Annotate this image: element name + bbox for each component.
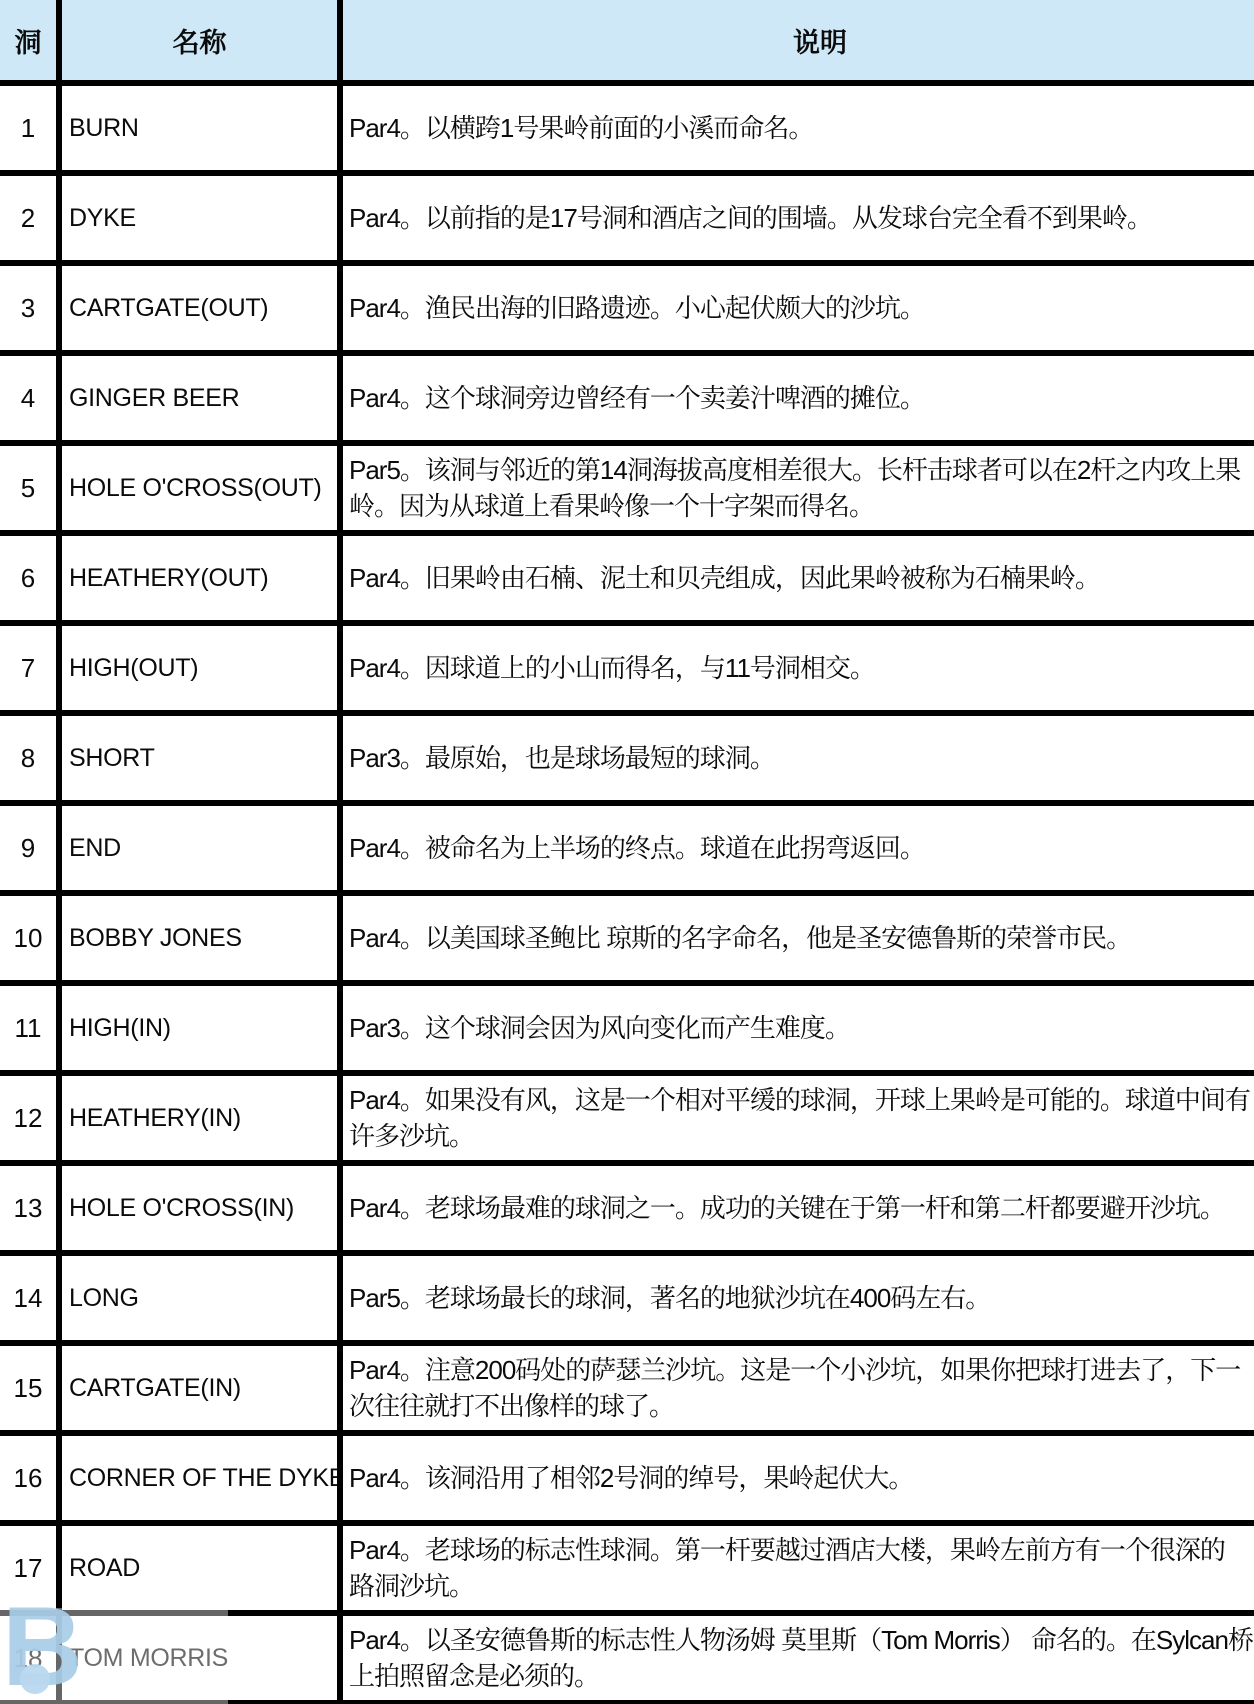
hole-description-cell: Par4。这个球洞旁边曾经有一个卖姜汁啤酒的摊位。: [343, 356, 1254, 446]
table-row: 6HEATHERY(OUT)Par4。旧果岭由石楠、泥土和贝壳组成，因此果岭被称…: [0, 536, 1254, 626]
hole-name-cell: TOM MORRIS: [62, 1616, 343, 1704]
hole-description-cell: Par3。最原始，也是球场最短的球洞。: [343, 716, 1254, 806]
column-header-description: 说明: [343, 0, 1254, 86]
table-row: 2DYKEPar4。以前指的是17号洞和酒店之间的围墙。从发球台完全看不到果岭。: [0, 176, 1254, 266]
hole-description-cell: Par3。这个球洞会因为风向变化而产生难度。: [343, 986, 1254, 1076]
column-header-hole: 洞: [0, 0, 62, 86]
hole-description-cell: Par4。因球道上的小山而得名，与11号洞相交。: [343, 626, 1254, 716]
hole-description-cell: Par4。以美国球圣鲍比 琼斯的名字命名，他是圣安德鲁斯的荣誉市民。: [343, 896, 1254, 986]
hole-name-cell: END: [62, 806, 343, 896]
hole-number-cell: 7: [0, 626, 62, 716]
hole-name-cell: HOLE O'CROSS(IN): [62, 1166, 343, 1256]
hole-number-cell: 5: [0, 446, 62, 536]
course-holes-table: 洞 名称 说明 1BURNPar4。以横跨1号果岭前面的小溪而命名。2DYKEP…: [0, 0, 1254, 1704]
hole-name-cell: BURN: [62, 86, 343, 176]
table-row: 4GINGER BEERPar4。这个球洞旁边曾经有一个卖姜汁啤酒的摊位。: [0, 356, 1254, 446]
table-row: 3CARTGATE(OUT)Par4。渔民出海的旧路遗迹。小心起伏颇大的沙坑。: [0, 266, 1254, 356]
hole-guide-page: 洞 名称 说明 1BURNPar4。以横跨1号果岭前面的小溪而命名。2DYKEP…: [0, 0, 1254, 1704]
hole-name-cell: DYKE: [62, 176, 343, 266]
table-row: 8SHORTPar3。最原始，也是球场最短的球洞。: [0, 716, 1254, 806]
hole-number-cell: 2: [0, 176, 62, 266]
hole-name-cell: HEATHERY(IN): [62, 1076, 343, 1166]
hole-name-cell: HIGH(IN): [62, 986, 343, 1076]
hole-name-cell: CORNER OF THE DYKE: [62, 1436, 343, 1526]
hole-name-cell: HEATHERY(OUT): [62, 536, 343, 626]
hole-description-cell: Par4。以圣安德鲁斯的标志性人物汤姆 莫里斯（Tom Morris） 命名的。…: [343, 1616, 1254, 1704]
column-header-name: 名称: [62, 0, 343, 86]
hole-description-cell: Par4。老球场的标志性球洞。第一杆要越过酒店大楼，果岭左前方有一个很深的 路洞…: [343, 1526, 1254, 1616]
hole-description-cell: Par4。老球场最难的球洞之一。成功的关键在于第一杆和第二杆都要避开沙坑。: [343, 1166, 1254, 1256]
hole-description-cell: Par4。被命名为上半场的终点。球道在此拐弯返回。: [343, 806, 1254, 896]
hole-description-cell: Par5。该洞与邻近的第14洞海拔高度相差很大。长杆击球者可以在2杆之内攻上果 …: [343, 446, 1254, 536]
table-row: 9ENDPar4。被命名为上半场的终点。球道在此拐弯返回。: [0, 806, 1254, 896]
hole-name-cell: CARTGATE(IN): [62, 1346, 343, 1436]
hole-description-cell: Par4。该洞沿用了相邻2号洞的绰号，果岭起伏大。: [343, 1436, 1254, 1526]
table-row: 5HOLE O'CROSS(OUT)Par5。该洞与邻近的第14洞海拔高度相差很…: [0, 446, 1254, 536]
hole-number-cell: 1: [0, 86, 62, 176]
table-row: 15CARTGATE(IN)Par4。注意200码处的萨瑟兰沙坑。这是一个小沙坑…: [0, 1346, 1254, 1436]
table-row: 11HIGH(IN)Par3。这个球洞会因为风向变化而产生难度。: [0, 986, 1254, 1076]
hole-number-cell: 6: [0, 536, 62, 626]
hole-number-cell: 17: [0, 1526, 62, 1616]
hole-number-cell: 18: [0, 1616, 62, 1704]
table-row: 18TOM MORRISPar4。以圣安德鲁斯的标志性人物汤姆 莫里斯（Tom …: [0, 1616, 1254, 1704]
table-row: 7HIGH(OUT)Par4。因球道上的小山而得名，与11号洞相交。: [0, 626, 1254, 716]
hole-number-cell: 10: [0, 896, 62, 986]
hole-number-cell: 14: [0, 1256, 62, 1346]
hole-number-cell: 3: [0, 266, 62, 356]
hole-name-cell: CARTGATE(OUT): [62, 266, 343, 356]
hole-description-cell: Par4。以横跨1号果岭前面的小溪而命名。: [343, 86, 1254, 176]
table-row: 16CORNER OF THE DYKEPar4。该洞沿用了相邻2号洞的绰号，果…: [0, 1436, 1254, 1526]
table-row: 12HEATHERY(IN)Par4。如果没有风，这是一个相对平缓的球洞，开球上…: [0, 1076, 1254, 1166]
hole-name-cell: SHORT: [62, 716, 343, 806]
table-row: 17ROADPar4。老球场的标志性球洞。第一杆要越过酒店大楼，果岭左前方有一个…: [0, 1526, 1254, 1616]
hole-number-cell: 16: [0, 1436, 62, 1526]
hole-number-cell: 9: [0, 806, 62, 896]
hole-number-cell: 12: [0, 1076, 62, 1166]
hole-number-cell: 11: [0, 986, 62, 1076]
hole-number-cell: 13: [0, 1166, 62, 1256]
hole-description-cell: Par4。注意200码处的萨瑟兰沙坑。这是一个小沙坑，如果你把球打进去了，下一 …: [343, 1346, 1254, 1436]
hole-name-cell: LONG: [62, 1256, 343, 1346]
hole-description-cell: Par4。如果没有风，这是一个相对平缓的球洞，开球上果岭是可能的。球道中间有 许…: [343, 1076, 1254, 1166]
hole-description-cell: Par4。以前指的是17号洞和酒店之间的围墙。从发球台完全看不到果岭。: [343, 176, 1254, 266]
hole-number-cell: 8: [0, 716, 62, 806]
table-row: 1BURNPar4。以横跨1号果岭前面的小溪而命名。: [0, 86, 1254, 176]
hole-name-cell: GINGER BEER: [62, 356, 343, 446]
table-row: 14LONGPar5。老球场最长的球洞，著名的地狱沙坑在400码左右。: [0, 1256, 1254, 1346]
hole-name-cell: HOLE O'CROSS(OUT): [62, 446, 343, 536]
header-row: 洞 名称 说明: [0, 0, 1254, 86]
table-row: 10BOBBY JONESPar4。以美国球圣鲍比 琼斯的名字命名，他是圣安德鲁…: [0, 896, 1254, 986]
hole-name-cell: BOBBY JONES: [62, 896, 343, 986]
hole-name-cell: HIGH(OUT): [62, 626, 343, 716]
hole-name-cell: ROAD: [62, 1526, 343, 1616]
hole-description-cell: Par4。渔民出海的旧路遗迹。小心起伏颇大的沙坑。: [343, 266, 1254, 356]
hole-number-cell: 4: [0, 356, 62, 446]
table-row: 13HOLE O'CROSS(IN)Par4。老球场最难的球洞之一。成功的关键在…: [0, 1166, 1254, 1256]
hole-number-cell: 15: [0, 1346, 62, 1436]
hole-description-cell: Par4。旧果岭由石楠、泥土和贝壳组成，因此果岭被称为石楠果岭。: [343, 536, 1254, 626]
hole-description-cell: Par5。老球场最长的球洞，著名的地狱沙坑在400码左右。: [343, 1256, 1254, 1346]
